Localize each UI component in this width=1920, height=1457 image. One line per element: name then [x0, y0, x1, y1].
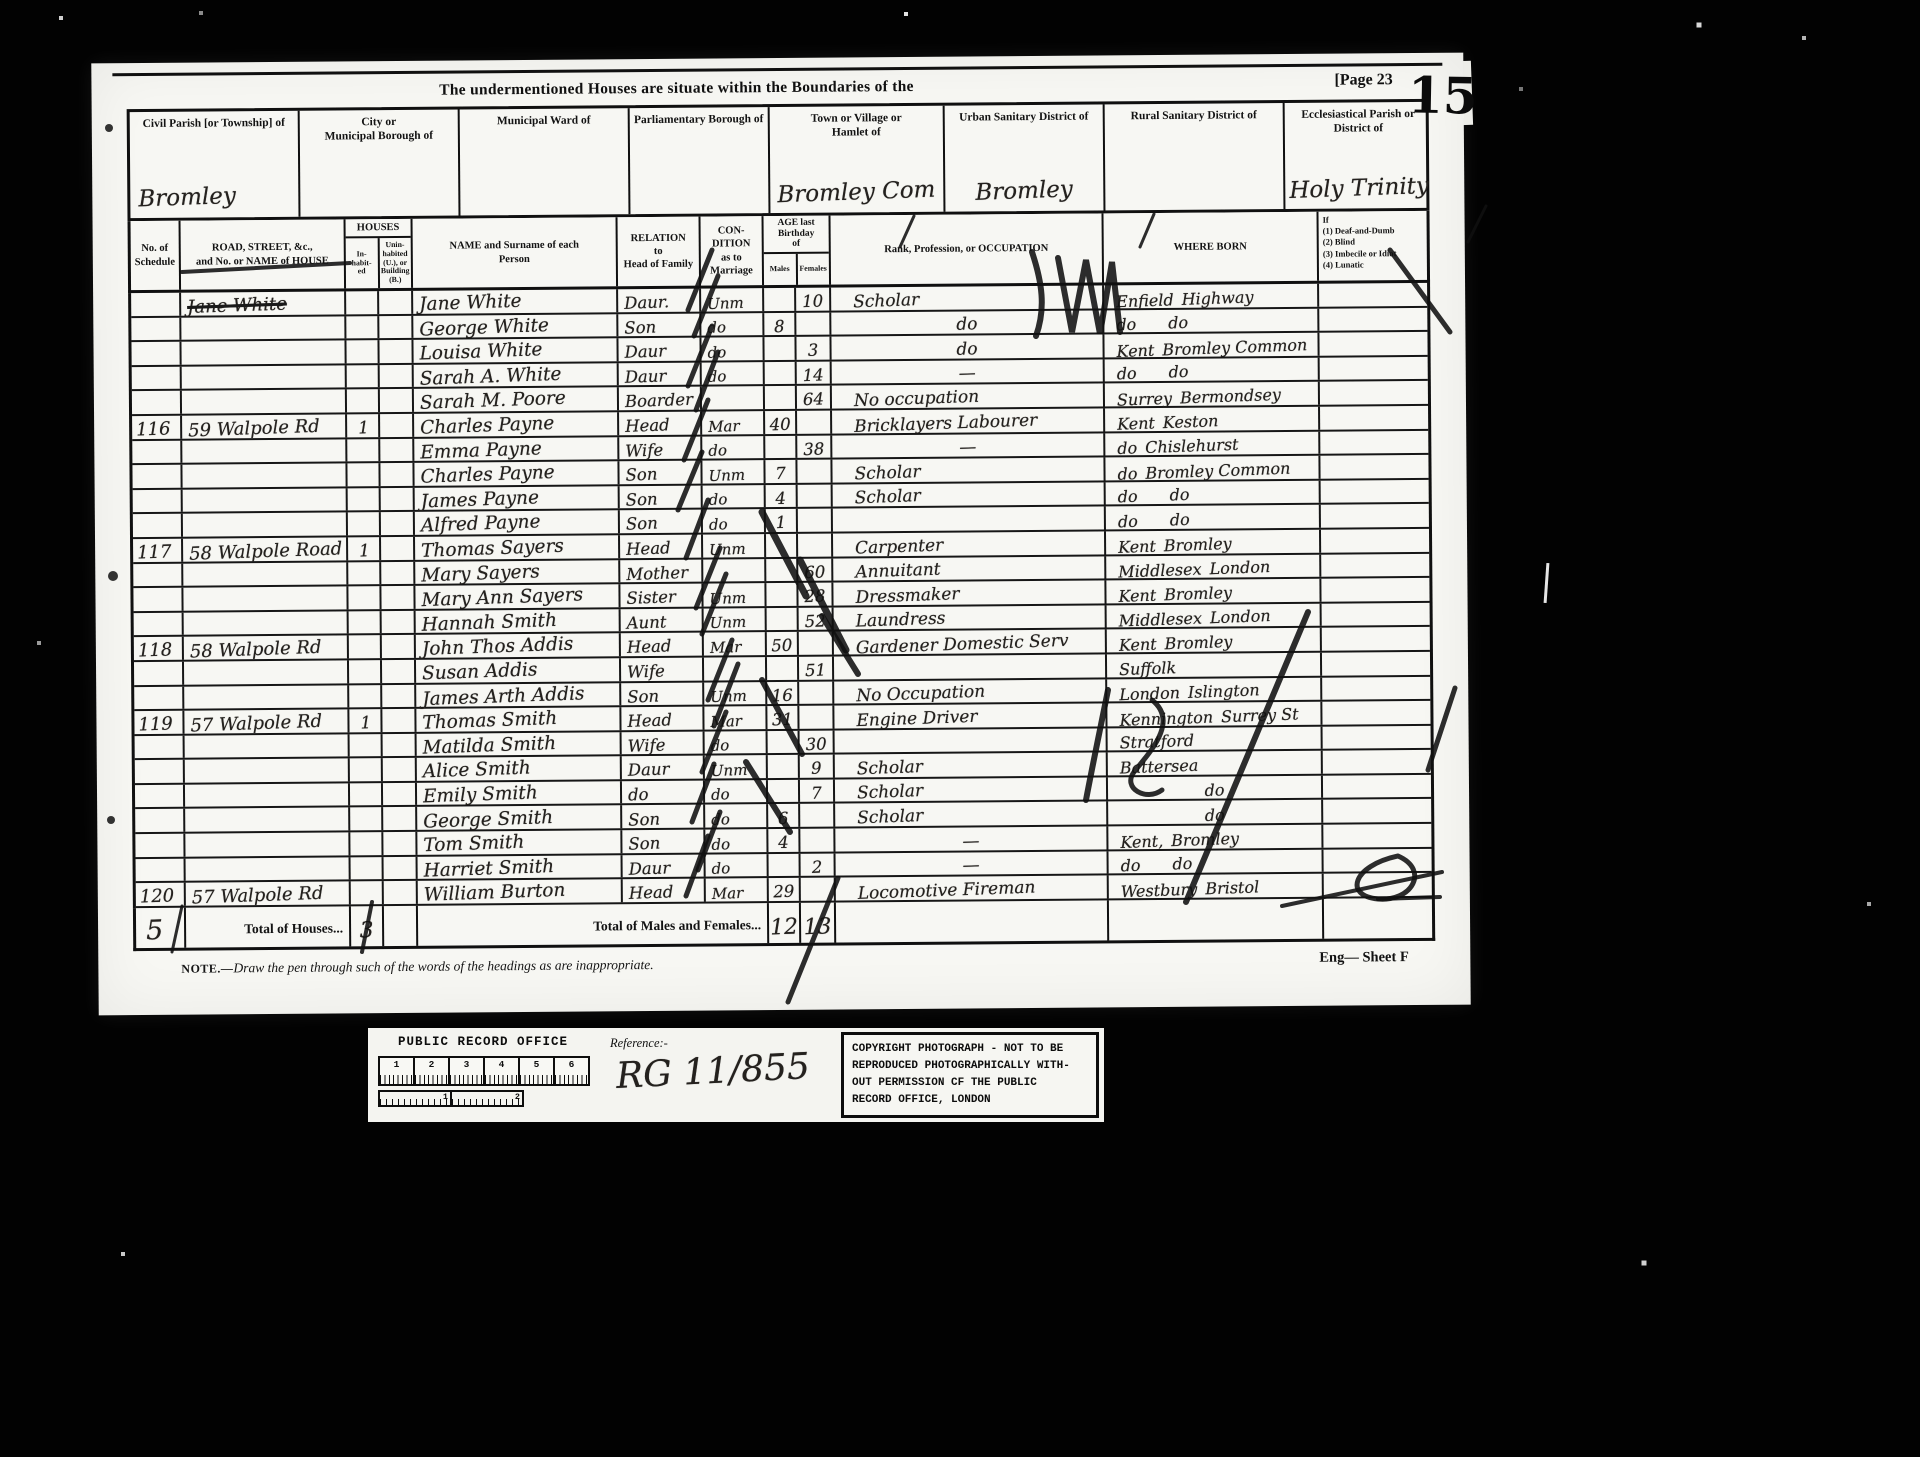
cell-name: Alice Smith	[417, 757, 622, 781]
cell-s: 117	[133, 539, 183, 562]
cell-road: 59 Walpole Rd	[182, 414, 347, 438]
cell-text-handwritten: Charles Payne	[420, 415, 555, 438]
cell-inh: 1	[348, 537, 381, 560]
cell-name: Harriet Smith	[418, 855, 623, 879]
cell-road	[183, 587, 348, 611]
cell-af	[799, 706, 834, 729]
cell-born: Kent Bromley	[1106, 579, 1321, 603]
cell-dis	[1324, 873, 1438, 896]
ruler-number: 6	[569, 1059, 575, 1070]
cell-rel: Daur	[623, 854, 706, 877]
cell-text-handwritten: 28	[798, 588, 832, 606]
cell-s	[132, 440, 182, 463]
cell-road	[183, 488, 348, 512]
footer-note: NOTE.—Draw the pen through such of the w…	[181, 957, 653, 977]
cell-dis	[1321, 529, 1435, 552]
margin-number-handwritten: 5	[146, 916, 185, 944]
cell-text-handwritten: Gardener Domestic Serv	[856, 633, 1069, 658]
note-prefix: NOTE.—	[181, 961, 233, 975]
cell-text-handwritten: Unm	[707, 295, 744, 311]
header-houses-group: HOUSES In- habit- ed Unin- habited (U.),…	[346, 219, 414, 289]
cell-text-handwritten: 9	[800, 761, 834, 779]
cell-am	[768, 731, 800, 754]
cell-text-handwritten: Charles Payne	[420, 464, 555, 487]
cell-dis	[1319, 307, 1433, 330]
cell-text-handwritten: Sister	[626, 589, 676, 607]
cell-text-handwritten: do	[711, 812, 730, 828]
cell-text-handwritten: Scholar	[854, 464, 921, 483]
cell-name: Emily Smith	[417, 781, 622, 805]
cell-name: James Payne	[415, 486, 620, 510]
cell-text-handwritten: do	[709, 517, 728, 533]
cell-road	[181, 341, 346, 365]
cell-text-handwritten	[769, 876, 799, 877]
cell-am: 1	[766, 509, 798, 532]
cell-af	[796, 312, 831, 335]
cell-am: 16	[767, 681, 799, 704]
cell-am	[765, 362, 797, 385]
cell-cond	[702, 386, 765, 409]
cell-am: 6	[768, 804, 800, 827]
cell-text-handwritten	[767, 605, 797, 606]
cell-dis	[1322, 603, 1436, 626]
cell-uninh	[382, 684, 416, 707]
cell-rel: Son	[622, 830, 705, 853]
geo-rural-sanitary: Rural Sanitary District of	[1105, 103, 1286, 210]
cell-cond: Unm	[704, 682, 767, 705]
cell-road	[182, 390, 347, 414]
cell-road: 57 Walpole Rd	[186, 882, 351, 906]
cell-uninh	[380, 438, 414, 461]
cell-text-handwritten: do	[711, 861, 730, 877]
cell-text-handwritten: do	[708, 443, 727, 459]
pro-stamp-strip: PUBLIC RECORD OFFICE 1 2 3 4 5 6 1 2 Ref…	[368, 1028, 1104, 1122]
cell-uninh	[381, 512, 415, 535]
cell-uninh	[383, 758, 417, 781]
cell-occ: Laundress	[834, 605, 1107, 630]
cell-road	[182, 439, 347, 463]
cell-uninh	[380, 414, 414, 437]
cell-text-handwritten: 64	[797, 392, 831, 410]
cell-af	[799, 632, 834, 655]
cell-rel: Head	[621, 707, 704, 730]
ruler-number: 3	[464, 1059, 470, 1070]
cell-s	[134, 686, 184, 709]
cell-occ: —	[836, 851, 1109, 876]
cell-dis	[1319, 332, 1433, 355]
cell-s: 119	[134, 711, 184, 734]
cell-text-handwritten	[768, 802, 798, 803]
cell-text-handwritten: Son	[628, 811, 660, 829]
cell-cond: do	[703, 509, 766, 532]
header-houses: HOUSES	[346, 219, 411, 239]
cell-inh	[348, 512, 381, 535]
geo-label: Town or Village or Hamlet of	[770, 106, 943, 141]
cell-dis	[1322, 627, 1436, 650]
cell-text-handwritten: No occupation	[854, 389, 980, 410]
reference-number-handwritten: RG 11/855	[615, 1049, 811, 1095]
cell-af: 7	[800, 779, 835, 802]
cell-text-handwritten: Son	[626, 516, 658, 534]
cell-text-handwritten: Unm	[709, 590, 746, 606]
cell-s	[135, 834, 185, 857]
total-males-value: 12	[769, 916, 800, 939]
cell-road	[182, 365, 347, 389]
cell-rel: Wife	[622, 731, 705, 754]
header-age-group: AGE last Birthday of Males Females	[764, 216, 832, 286]
cell-text-handwritten: London Islington	[1119, 682, 1260, 703]
cell-text-handwritten: Harriet Smith	[423, 858, 554, 881]
cell-text-handwritten: George White	[419, 317, 549, 340]
cell-road	[185, 734, 350, 758]
cell-text-handwritten: Mary Ann Sayers	[421, 587, 583, 611]
cell-text-handwritten: Unm	[711, 763, 748, 779]
cell-name: Matilda Smith	[417, 732, 622, 756]
cell-text-handwritten: Wife	[627, 663, 665, 681]
page-title: The undermentioned Houses are situate wi…	[126, 75, 1226, 102]
cell-s	[135, 760, 185, 783]
cell-born: Kent Bromley Common	[1104, 333, 1319, 357]
cell-s	[133, 563, 183, 586]
cell-am	[765, 386, 797, 409]
pro-office-label: PUBLIC RECORD OFFICE	[368, 1035, 598, 1049]
cell-af: 51	[799, 656, 834, 679]
cell-inh	[350, 808, 383, 831]
cell-text-handwritten: James Arth Addis	[422, 685, 585, 709]
cell-road	[184, 611, 349, 635]
cell-text-handwritten: Mar	[710, 714, 742, 730]
cell-text-handwritten: 1	[766, 515, 797, 533]
cell-am	[767, 657, 799, 680]
cell-text-handwritten: Daur	[628, 860, 670, 878]
cell-born: do do	[1106, 505, 1321, 529]
cell-text-handwritten: 117	[137, 543, 172, 562]
cell-text-handwritten: Kent Bromley	[1119, 634, 1233, 654]
cell-inh	[349, 635, 382, 658]
cell-cond: do	[706, 854, 769, 877]
cell-cond: do	[702, 436, 765, 459]
cell-text-handwritten: Unm	[710, 689, 747, 705]
cell-born: Kent Bromley	[1107, 628, 1322, 652]
cell-af: 64	[797, 386, 832, 409]
cell-text-handwritten: do do	[1118, 512, 1190, 531]
cell-born: Kennington Surrey St	[1107, 702, 1322, 726]
cell-occ: Scholar	[835, 802, 1108, 827]
cell-text-handwritten: Kent Keston	[1117, 413, 1219, 433]
cell-cond: Unm	[703, 583, 766, 606]
cell-road	[185, 808, 350, 832]
cell-inh	[350, 783, 383, 806]
cell-s	[136, 858, 186, 881]
cell-occ: Scholar	[835, 777, 1108, 802]
cell-text-handwritten: do	[708, 493, 727, 509]
cell-text-handwritten: Head	[627, 639, 672, 657]
cell-text-handwritten	[768, 777, 798, 778]
cell-uninh	[380, 463, 414, 486]
cell-am	[766, 583, 798, 606]
cell-af	[799, 681, 834, 704]
cell-dis	[1319, 283, 1433, 306]
cell-s	[132, 366, 182, 389]
cell-rel: Son	[622, 805, 705, 828]
cell-cond: Unm	[705, 755, 768, 778]
cell-text-handwritten: do	[707, 345, 726, 361]
cell-text-handwritten: do	[1108, 779, 1321, 803]
sheet-label: Eng— Sheet F	[1319, 949, 1409, 967]
header-uninhabited: Unin- habited (U.), or Building (B.)	[379, 238, 411, 288]
geo-value-handwritten: Bromley	[138, 185, 236, 211]
note-text: Draw the pen through such of the words o…	[233, 957, 653, 975]
cell-inh	[351, 881, 384, 904]
cell-text-handwritten: No Occupation	[856, 684, 985, 706]
cell-text-handwritten: Hannah Smith	[421, 612, 557, 635]
cell-road	[183, 562, 348, 586]
geo-label: Urban Sanitary District of	[945, 104, 1103, 125]
cell-inh	[348, 586, 381, 609]
totals-margin-cell: 5	[136, 908, 186, 948]
cell-dis	[1320, 357, 1434, 380]
total-houses-label: Total of Houses...	[244, 920, 343, 937]
cell-text-handwritten: Unm	[708, 468, 745, 484]
cell-name: Charles Payne	[414, 461, 619, 485]
cell-dis	[1320, 430, 1434, 453]
cell-uninh	[381, 561, 415, 584]
cell-text-handwritten: Bricklayers Labourer	[854, 412, 1038, 436]
cell-dis	[1320, 406, 1434, 429]
cell-s	[132, 465, 182, 488]
cell-cond: do	[705, 731, 768, 754]
cell-text-handwritten: do do	[1120, 856, 1192, 875]
header-name: NAME and Surname of each Person	[413, 217, 619, 288]
cell-rel: Boarder	[619, 387, 702, 410]
cell-text-handwritten	[799, 703, 832, 704]
cell-s: 118	[134, 637, 184, 660]
cell-born: Enfield Highway	[1104, 284, 1319, 308]
cell-am	[766, 534, 798, 557]
cell-road	[183, 513, 348, 537]
cell-text-handwritten	[766, 556, 796, 557]
cell-text-handwritten: Son	[624, 319, 656, 337]
geo-parliamentary-borough: Parliamentary Borough of	[630, 107, 771, 214]
cell-cond: do	[705, 829, 768, 852]
copyright-line: REPRODUCED PHOTOGRAPHICALLY WITH-	[852, 1058, 1088, 1075]
cell-inh	[346, 316, 379, 339]
cell-text-handwritten	[765, 384, 795, 385]
cell-born: Surrey Bermondsey	[1105, 382, 1320, 406]
geo-label: City or Municipal Borough of	[300, 110, 458, 145]
film-scratch-mark	[1544, 563, 1550, 603]
cell-text-handwritten: 57 Walpole Rd	[192, 885, 324, 908]
cell-text-handwritten: 60	[798, 564, 832, 582]
cell-s	[131, 342, 181, 365]
cell-am	[767, 608, 799, 631]
cell-name: George Smith	[417, 806, 622, 830]
totals-females-cell: 13	[801, 903, 836, 943]
cell-name: Thomas Smith	[416, 707, 621, 731]
cell-text-handwritten: Wife	[627, 737, 665, 755]
cell-born: do do	[1104, 308, 1319, 332]
cell-text-handwritten: 7	[800, 785, 834, 803]
cell-af: 3	[796, 337, 831, 360]
cell-rel: Head	[620, 535, 703, 558]
cell-rel: Son	[620, 485, 703, 508]
geo-label: Rural Sanitary District of	[1105, 103, 1283, 124]
cell-am	[769, 854, 801, 877]
cell-rel: Head	[621, 633, 704, 656]
totals-disability-cell	[1324, 898, 1438, 939]
cell-dis	[1321, 578, 1435, 601]
cell-dis	[1323, 824, 1437, 847]
copyright-line: OUT PERMISSION CF THE PUBLIC	[852, 1075, 1088, 1092]
table-header: No. of Schedule ROAD, STREET, &c., and N…	[128, 211, 1431, 293]
cell-uninh	[383, 807, 417, 830]
cell-text-handwritten: do do	[1117, 487, 1189, 506]
cell-dis	[1321, 480, 1435, 503]
cell-uninh	[383, 832, 417, 855]
total-males-females-label: Total of Males and Females...	[593, 917, 761, 934]
cell-inh: 1	[347, 414, 380, 437]
cell-name: Sarah A. White	[414, 363, 619, 387]
cell-rel: Mother	[620, 559, 703, 582]
cell-text-handwritten: 52	[798, 613, 832, 631]
cell-text-handwritten: Susan Addis	[422, 661, 538, 684]
cell-road	[182, 464, 347, 488]
cell-text-handwritten: do	[708, 370, 727, 386]
cell-inh	[350, 758, 383, 781]
cell-text-handwritten: Sarah M. Poore	[420, 390, 566, 414]
folio-number-stamp: 15	[1407, 65, 1478, 125]
header-relation: RELATION to Head of Family	[618, 217, 702, 287]
cell-born: do do	[1109, 849, 1324, 873]
geo-urban-sanitary: Urban Sanitary District of Bromley	[945, 104, 1106, 211]
cell-occ: Annuitant	[833, 556, 1106, 581]
cell-occ: —	[835, 827, 1108, 852]
cell-text-handwritten: Daur	[624, 368, 666, 386]
geo-town-village: Town or Village or Hamlet of Bromley Com	[770, 106, 946, 213]
cell-s	[135, 735, 185, 758]
cell-s	[133, 514, 183, 537]
cell-am	[764, 337, 796, 360]
cell-text-handwritten: Louisa White	[419, 341, 542, 364]
cell-dis	[1323, 799, 1437, 822]
cell-born: do	[1108, 800, 1323, 824]
cell-road	[181, 316, 346, 340]
cell-name: John Thos Addis	[416, 634, 621, 658]
cell-born: Middlesex London	[1107, 603, 1322, 627]
cell-occ: Scholar	[831, 285, 1104, 310]
cell-text-handwritten	[765, 359, 795, 360]
cell-dis	[1322, 676, 1436, 699]
cell-born: Stratford	[1108, 726, 1323, 750]
cell-name: William Burton	[418, 880, 623, 904]
cell-text-handwritten: do do	[1116, 364, 1188, 383]
cell-uninh	[383, 734, 417, 757]
cell-cond: do	[705, 780, 768, 803]
cell-occ: Carpenter	[833, 531, 1106, 556]
cell-af	[797, 460, 832, 483]
cell-af: 14	[797, 361, 832, 384]
cell-text-handwritten	[766, 581, 796, 582]
cell-af	[800, 804, 835, 827]
cell-born: do Chislehurst	[1105, 431, 1320, 455]
cell-inh	[348, 488, 381, 511]
cell-text-handwritten: Son	[625, 467, 657, 485]
cell-rel: Sister	[620, 584, 703, 607]
cell-road: 58 Walpole Road	[183, 537, 348, 561]
cell-am	[765, 435, 797, 458]
cell-text-handwritten	[800, 826, 833, 827]
cell-cond: do	[703, 485, 766, 508]
cell-born: London Islington	[1107, 677, 1322, 701]
cell-am: 31	[767, 706, 799, 729]
cell-text-handwritten: 6	[768, 810, 799, 828]
cell-text-handwritten: 58 Walpole Rd	[190, 639, 322, 662]
cell-name: James Arth Addis	[416, 683, 621, 707]
cell-born: Kent, Bromley	[1108, 825, 1323, 849]
cell-text-handwritten: Mar	[708, 418, 740, 434]
totals-row: 5 Total of Houses... 3 Total of Males an…	[133, 898, 1435, 951]
cell-cond: do	[702, 362, 765, 385]
cell-inh	[348, 562, 381, 585]
cell-name: Mary Ann Sayers	[415, 584, 620, 608]
cell-occ: Gardener Domestic Serv	[834, 630, 1107, 655]
cell-text-handwritten: Laundress	[855, 611, 945, 631]
cell-occ: do	[831, 335, 1104, 360]
cell-text-handwritten: Unm	[709, 615, 746, 631]
cell-text-handwritten: do	[707, 320, 726, 336]
header-road: ROAD, STREET, &c., and No. or NAME of HO…	[181, 219, 347, 289]
cell-af: 28	[798, 583, 833, 606]
cell-af	[800, 829, 835, 852]
cell-am	[764, 288, 796, 311]
cell-text-handwritten: Alice Smith	[423, 760, 531, 782]
cell-text-handwritten: Tom Smith	[423, 834, 525, 856]
cell-occ: Scholar	[833, 482, 1106, 507]
cell-text-handwritten: Engine Driver	[856, 708, 978, 729]
cell-name: Thomas Sayers	[415, 535, 620, 559]
cell-text-handwritten: do Bromley Common	[1117, 460, 1290, 482]
total-females-value: 13	[801, 916, 835, 939]
cell-text-handwritten: Jane White	[187, 295, 287, 317]
cell-rel: Daur.	[618, 289, 701, 312]
geo-label: Parliamentary Borough of	[630, 107, 768, 127]
cell-text-handwritten: Enfield Highway	[1116, 289, 1254, 310]
cell-text-handwritten: 14	[796, 367, 830, 385]
cell-s	[131, 317, 181, 340]
cell-name: Charles Payne	[414, 412, 619, 436]
geo-value-handwritten: Holy Trinity	[1289, 175, 1429, 203]
header-where-born: WHERE BORN	[1103, 212, 1319, 283]
cell-text-handwritten: 1	[357, 420, 368, 437]
cell-text-handwritten: Thomas Sayers	[421, 538, 564, 562]
cell-s	[135, 785, 185, 808]
cell-text-handwritten: 16	[767, 687, 798, 705]
cell-text-handwritten: Scholar	[857, 783, 924, 802]
geo-value-handwritten: Bromley	[975, 178, 1073, 204]
cell-occ: No Occupation	[834, 679, 1107, 704]
cell-occ: —	[832, 433, 1105, 458]
header-females: Females	[797, 254, 829, 285]
cell-name: Susan Addis	[416, 658, 621, 682]
cell-occ: Bricklayers Labourer	[832, 408, 1105, 433]
page-number-label: [Page 23	[1334, 71, 1392, 89]
cell-rel: Wife	[619, 436, 702, 459]
cell-road: 57 Walpole Rd	[184, 709, 349, 733]
cell-inh	[347, 439, 380, 462]
cell-text-handwritten	[801, 900, 834, 901]
cell-text-handwritten: 31	[767, 712, 798, 730]
cell-af: 52	[799, 607, 834, 630]
